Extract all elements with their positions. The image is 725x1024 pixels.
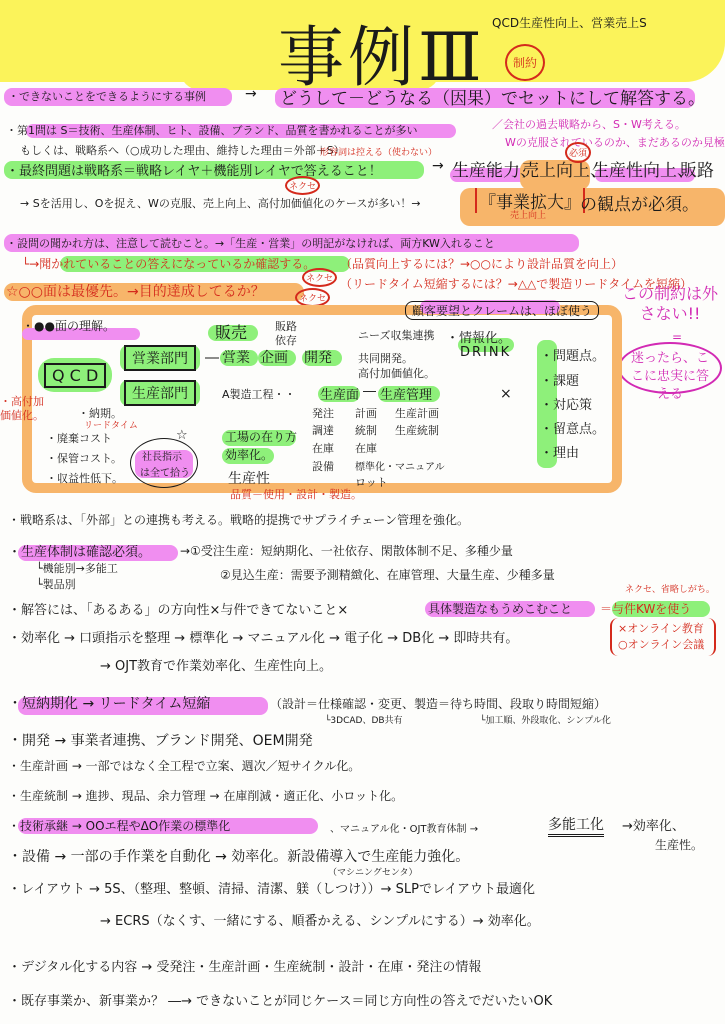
l2b-red-note: 形容詞は控える（使わない） bbox=[320, 145, 437, 158]
seisan-box: 生産部門 bbox=[124, 380, 196, 406]
s2-1-text: →①受注生産：短納期化、一社依存、閑散体制不足、多種少量 bbox=[180, 542, 513, 559]
s2-2-text: ②見込生産：需要予測精緻化、在庫管理、大量生産、少種多量 bbox=[220, 566, 555, 583]
s2-hl-text: ・生産体制は確認必須。 bbox=[8, 541, 151, 560]
seisan-dash: ― bbox=[363, 384, 376, 399]
kojo: 工場の在り方 bbox=[225, 428, 297, 445]
s2-sub2: └製品別 bbox=[36, 576, 76, 592]
s15-text: ・既存事業か、新事業か？ ―→ できないことが同じケース＝同じ方向性の答えでだい… bbox=[8, 990, 552, 1009]
s6-sub2: └加工順、外段取化、シンプル化 bbox=[480, 713, 611, 726]
seisan-men-right-3: 標準化・マニュアル bbox=[355, 458, 445, 473]
l3-r3: 生産性向上、 bbox=[592, 156, 694, 181]
s9-text: ・生産統制 → 進捗、現品、余力管理 → 在庫削減・適正化、小ロット化。 bbox=[8, 787, 403, 804]
seisan-men-right-0: 計画 bbox=[355, 405, 377, 421]
l5-text: ・設問の聞かれ方は、注意して読むこと。→「生産・営業」の明記がなければ、両方KW… bbox=[6, 235, 495, 251]
eigyo-chain-1: 企画 bbox=[260, 347, 288, 367]
top-note: 顧客要望とクレームは、ほぼ使う bbox=[405, 301, 599, 320]
s5-text: → OJT教育で作業効率化、生産性向上。 bbox=[100, 655, 332, 674]
faithful-answer-note: 迷ったら、ここに忠実に答える bbox=[618, 342, 722, 394]
l3-arrow: → bbox=[432, 158, 444, 174]
s3-text: ・解答には、「あるある」の方向性×与件できてないこと× bbox=[8, 599, 348, 618]
l3-r4: 販路 bbox=[680, 156, 714, 181]
s3-red-bracket bbox=[610, 618, 716, 656]
eigyo-dash: ― bbox=[205, 350, 219, 366]
kouritsu: 効率化。 bbox=[225, 446, 273, 463]
s10-hl-text: ・技術承継 → OOエ程やΔO作業の標準化 bbox=[8, 817, 230, 834]
l2b-text: もしくは、戦略系へ（○成功した理由、維持した理由＝外部＋S） bbox=[20, 142, 345, 158]
l6-text: └→聞かれていることの答えになっているか確認する。 bbox=[22, 255, 315, 272]
right-list-3: ・留意点。 bbox=[540, 418, 605, 437]
l1-right-text: どうして－どうなる（因果）でセットにして解答する。 bbox=[280, 84, 705, 109]
hinshitsu: 品質－使用・設計・製造。 bbox=[230, 486, 362, 502]
constraint-stamp: 制約 bbox=[505, 44, 545, 81]
s3-hl-text: 具体製造なもうめこむこと bbox=[428, 600, 572, 617]
jouhou: ・情報化。 bbox=[446, 327, 511, 346]
s6-rest: （設計＝仕様確認・変更、製造＝待ち時間、段取り時間短縮） bbox=[270, 695, 606, 712]
s10-rest: 、マニュアル化・OJT教育体制 → bbox=[330, 820, 478, 835]
right-list-1: ・課題 bbox=[540, 370, 579, 389]
l3-text: ・最終問題は戦略系＝戦略レイヤ＋機能別レイヤで答えること！ bbox=[6, 160, 382, 179]
s2-sub1: └機能別→多能工 bbox=[36, 560, 118, 576]
s10-ul: 多能工化 bbox=[548, 814, 604, 837]
s3-end-text: ＝与件KWを使う bbox=[600, 600, 691, 617]
president-text-1: は全て拾う bbox=[140, 464, 190, 479]
l3-key-stamp: ネクセ bbox=[285, 176, 320, 195]
c-item-2: ・収益性低下。 bbox=[46, 470, 123, 486]
eigyo-box: 営業部門 bbox=[124, 345, 196, 371]
qcd-red-note: ・高付加価値化。 bbox=[0, 395, 44, 423]
kaihatsu-sub-1: 共同開発。 bbox=[358, 350, 413, 366]
s12-text: ・レイアウト → 5S、（整理、整頓、清掃、清潔、躾（しつけ））→ SLPでレイ… bbox=[8, 878, 535, 897]
l6-key-stamp: ネクセ bbox=[302, 268, 337, 287]
seisan-men: 生産面 bbox=[320, 384, 359, 403]
seisansei: 生産性 bbox=[228, 468, 270, 488]
l1-left-text: ・できないことをできるようにする事例 bbox=[8, 88, 206, 104]
c-item-1: ・保管コスト。 bbox=[46, 450, 122, 466]
s6-sub1: └3DCAD、DB共有 bbox=[325, 713, 403, 726]
seisan-kanri: 生産管理 bbox=[380, 384, 432, 403]
kaihatsu-sub-0: ニーズ収集連携 bbox=[358, 327, 434, 343]
l7-text: ☆○○面は最優先。→目的達成してるか？ bbox=[6, 281, 265, 301]
l4-end: の観点が必須。 bbox=[580, 190, 699, 215]
diagram-header: ・●●面の理解。 bbox=[22, 317, 115, 334]
l6-r1: （品質向上するには？→○○により設計品質を向上） bbox=[340, 255, 623, 272]
right-list-0: ・問題点。 bbox=[540, 345, 605, 364]
seisan-men-right-1: 統制 bbox=[355, 422, 377, 438]
kaihatsu-sub-2: 高付加価値化。 bbox=[358, 365, 435, 381]
s4-text: ・効率化 → 口頭指示を整理 → 標準化 → マニュアル化 → 電子化 → DB… bbox=[8, 627, 518, 646]
seisan-men-left-3: 設備 bbox=[312, 458, 334, 474]
right-list-2: ・対応策 bbox=[540, 394, 592, 413]
l4-text: → Sを活用し、Oを捉え、Wの克服、売上向上、高付加価値化のケースが多い！→ bbox=[20, 195, 421, 211]
seisan-men-left-2: 在庫 bbox=[312, 440, 334, 456]
drink: DRINK bbox=[460, 345, 511, 360]
s8-text: ・生産計画 → 一部ではなく全工程で立案、週次／短サイクル化。 bbox=[8, 757, 360, 774]
qcd-box: Q C D bbox=[44, 363, 106, 388]
l1-arrow: → bbox=[245, 86, 257, 102]
s1-text: ・戦略系は、「外部」との連携も考える。戦略的提携でサプライチェーン管理を強化。 bbox=[8, 511, 469, 528]
eigyo-chain-0: 営業 bbox=[222, 347, 250, 367]
hanbai-sub-1: 依存 bbox=[275, 332, 297, 348]
seizo-process: A製造工程・・ bbox=[222, 386, 296, 402]
seisan-men-left-1: 調達 bbox=[312, 422, 334, 438]
s12-over: （マシニングセンタ） bbox=[328, 865, 417, 878]
l3-required-stamp: 必須 bbox=[565, 142, 591, 163]
c-item-0: ・廃棄コスト bbox=[46, 430, 112, 446]
l2a-text: ・第1問は S＝技術、生産体制、ヒト、設備、ブランド、品質を書かれることが多い bbox=[6, 122, 418, 138]
seisan-men-right-2: 在庫 bbox=[355, 440, 377, 456]
hanbai: 販売 bbox=[215, 320, 247, 343]
star-icon: ☆ bbox=[176, 428, 188, 443]
s6-hl-text: ・短納期化 → リードタイム短縮 bbox=[8, 693, 210, 713]
s3-red-top: ネクセ、省略しがち。 bbox=[625, 582, 715, 595]
s10-end: →効率化、 bbox=[622, 815, 685, 834]
s13-text: → ECRS（なくす、一緒にする、順番かえる、シンプルにする）→ 効率化。 bbox=[100, 910, 540, 929]
times-icon: × bbox=[500, 386, 512, 402]
seisan-men-left-0: 発注 bbox=[312, 405, 334, 421]
title-subtitle: QCD生産性向上、営業売上S bbox=[492, 14, 647, 31]
kanri-sub-0: 生産計画 bbox=[395, 405, 439, 421]
eigyo-chain-2: 開発 bbox=[304, 347, 332, 367]
l2-side-note-1: ／会社の過去戦略から、S・W考える。 bbox=[492, 116, 686, 132]
president-text-0: 社長指示 bbox=[142, 448, 182, 463]
kanri-sub-1: 生産統制 bbox=[395, 422, 439, 438]
constraint-note: この制約は外さない!! bbox=[620, 284, 720, 324]
l4-box-sub: 売上向上 bbox=[510, 208, 546, 221]
s11-text: ・設備 → 一部の手作業を自動化 → 効率化。新設備導入で生産能力強化。 bbox=[8, 846, 469, 866]
s7-text: ・開発 → 事業者連携、ブランド開発、OEM開発 bbox=[8, 730, 313, 750]
right-list-4: ・理由 bbox=[540, 442, 579, 461]
s10-end2: 生産性。 bbox=[655, 836, 703, 853]
s14-text: ・デジタル化する内容 → 受発注・生産計画・生産統制・設計・在庫・発注の情報 bbox=[8, 956, 481, 975]
l2-side-note-2: Wの克服されているのか、まだあるのか見極め bbox=[505, 134, 725, 150]
